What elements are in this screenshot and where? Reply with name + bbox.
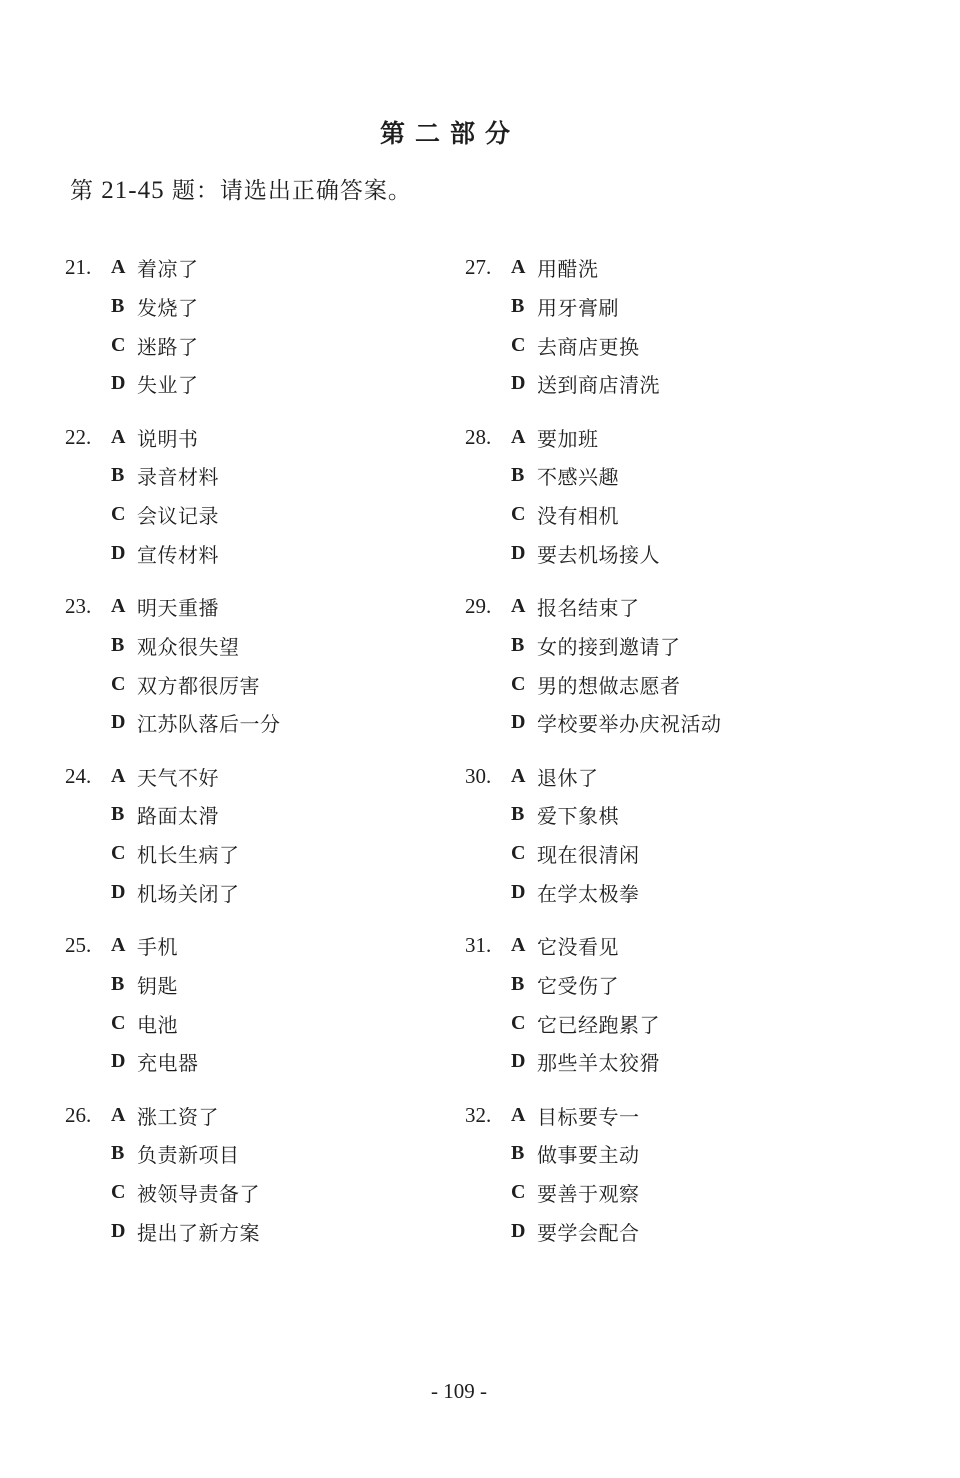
option-a[interactable]: A用醋洗 xyxy=(465,253,722,292)
option-letter: A xyxy=(111,595,137,618)
option-d[interactable]: D宣传材料 xyxy=(65,539,281,578)
option-letter: B xyxy=(111,295,137,318)
option-letter: B xyxy=(511,295,537,318)
option-b[interactable]: B录音材料 xyxy=(65,461,281,500)
option-d[interactable]: D在学太极拳 xyxy=(465,878,722,917)
option-text: 没有相机 xyxy=(537,504,619,528)
instruction: 第 21-45 题：请选出正确答案。 xyxy=(70,172,412,205)
option-letter: A xyxy=(511,934,537,957)
option-c[interactable]: C电池 xyxy=(65,1009,281,1048)
option-text: 说明书 xyxy=(137,427,199,451)
instruction-prefix: 第 xyxy=(70,178,94,204)
option-letter: B xyxy=(511,464,537,487)
option-b[interactable]: B做事要主动 xyxy=(465,1139,722,1178)
option-text: 机长生病了 xyxy=(137,843,240,867)
option-letter: B xyxy=(511,634,537,657)
option-text: 做事要主动 xyxy=(537,1143,640,1167)
option-c[interactable]: C被领导责备了 xyxy=(65,1178,281,1217)
option-text: 手机 xyxy=(137,935,178,959)
option-b[interactable]: B女的接到邀请了 xyxy=(465,631,722,670)
option-b[interactable]: B钥匙 xyxy=(65,970,281,1009)
option-letter: A xyxy=(511,256,537,279)
option-text: 录音材料 xyxy=(137,465,219,489)
option-c[interactable]: C会议记录 xyxy=(65,500,281,539)
option-text: 电池 xyxy=(137,1013,178,1037)
option-text: 提出了新方案 xyxy=(137,1221,260,1245)
option-text: 不感兴趣 xyxy=(537,465,619,489)
option-c[interactable]: C双方都很厉害 xyxy=(65,670,281,709)
option-c[interactable]: C男的想做志愿者 xyxy=(465,670,722,709)
option-text: 学校要举办庆祝活动 xyxy=(537,712,722,736)
option-d[interactable]: D要去机场接人 xyxy=(465,539,722,578)
option-text: 充电器 xyxy=(137,1051,199,1075)
option-text: 被领导责备了 xyxy=(137,1182,260,1206)
option-text: 用牙膏刷 xyxy=(537,296,619,320)
option-letter: D xyxy=(511,1220,537,1243)
option-letter: B xyxy=(111,803,137,826)
option-d[interactable]: D提出了新方案 xyxy=(65,1217,281,1256)
option-d[interactable]: D失业了 xyxy=(65,369,281,408)
instruction-range: 21-45 xyxy=(94,177,172,204)
option-text: 要善于观察 xyxy=(537,1182,640,1206)
option-a[interactable]: A手机 xyxy=(65,931,281,970)
option-text: 目标要专一 xyxy=(537,1105,640,1129)
option-d[interactable]: D充电器 xyxy=(65,1047,281,1086)
option-letter: C xyxy=(111,503,137,526)
question-21: 21. A着凉了 B发烧了 C迷路了 D失业了 xyxy=(65,253,281,423)
option-letter: C xyxy=(111,1181,137,1204)
option-text: 女的接到邀请了 xyxy=(537,635,681,659)
option-b[interactable]: B负责新项目 xyxy=(65,1139,281,1178)
option-letter: B xyxy=(111,973,137,996)
option-a[interactable]: A报名结束了 xyxy=(465,592,722,631)
option-b[interactable]: B发烧了 xyxy=(65,292,281,331)
question-31: 31. A它没看见 B它受伤了 C它已经跑累了 D那些羊太狡猾 xyxy=(465,931,722,1101)
option-text: 机场关闭了 xyxy=(137,882,240,906)
option-letter: B xyxy=(511,1142,537,1165)
option-letter: B xyxy=(111,634,137,657)
option-letter: A xyxy=(111,765,137,788)
option-letter: B xyxy=(511,973,537,996)
option-text: 会议记录 xyxy=(137,504,219,528)
option-text: 天气不好 xyxy=(137,766,219,790)
option-c[interactable]: C去商店更换 xyxy=(465,331,722,370)
option-text: 宣传材料 xyxy=(137,543,219,567)
option-text: 用醋洗 xyxy=(537,257,599,281)
option-a[interactable]: A目标要专一 xyxy=(465,1101,722,1140)
option-letter: C xyxy=(111,673,137,696)
option-a[interactable]: A涨工资了 xyxy=(65,1101,281,1140)
option-letter: D xyxy=(111,372,137,395)
option-text: 负责新项目 xyxy=(137,1143,240,1167)
option-text: 爱下象棋 xyxy=(537,804,619,828)
option-d[interactable]: D机场关闭了 xyxy=(65,878,281,917)
option-letter: D xyxy=(111,881,137,904)
option-text: 送到商店清洗 xyxy=(537,373,660,397)
option-letter: A xyxy=(111,934,137,957)
option-text: 双方都很厉害 xyxy=(137,674,260,698)
option-text: 失业了 xyxy=(137,373,199,397)
option-a[interactable]: A天气不好 xyxy=(65,762,281,801)
option-b[interactable]: B观众很失望 xyxy=(65,631,281,670)
option-letter: A xyxy=(111,256,137,279)
option-a[interactable]: A退休了 xyxy=(465,762,722,801)
option-text: 着凉了 xyxy=(137,257,199,281)
option-b[interactable]: B用牙膏刷 xyxy=(465,292,722,331)
option-text: 钥匙 xyxy=(137,974,178,998)
option-letter: A xyxy=(111,1104,137,1127)
questions-right-column: 27. A用醋洗 B用牙膏刷 C去商店更换 D送到商店清洗 28. A要加班 B… xyxy=(465,253,722,1270)
option-a[interactable]: A说明书 xyxy=(65,423,281,462)
option-d[interactable]: D那些羊太狡猾 xyxy=(465,1047,722,1086)
option-letter: B xyxy=(511,803,537,826)
option-c[interactable]: C要善于观察 xyxy=(465,1178,722,1217)
option-text: 它受伤了 xyxy=(537,974,619,998)
option-letter: C xyxy=(511,842,537,865)
option-d[interactable]: D学校要举办庆祝活动 xyxy=(465,708,722,747)
option-letter: D xyxy=(511,542,537,565)
option-a[interactable]: A要加班 xyxy=(465,423,722,462)
option-c[interactable]: C现在很清闲 xyxy=(465,839,722,878)
question-24: 24. A天气不好 B路面太滑 C机长生病了 D机场关闭了 xyxy=(65,762,281,932)
question-22: 22. A说明书 B录音材料 C会议记录 D宣传材料 xyxy=(65,423,281,593)
option-c[interactable]: C它已经跑累了 xyxy=(465,1009,722,1048)
option-d[interactable]: D送到商店清洗 xyxy=(465,369,722,408)
question-28: 28. A要加班 B不感兴趣 C没有相机 D要去机场接人 xyxy=(465,423,722,593)
option-letter: C xyxy=(111,842,137,865)
option-b[interactable]: B不感兴趣 xyxy=(465,461,722,500)
option-text: 要加班 xyxy=(537,427,599,451)
option-letter: C xyxy=(511,503,537,526)
option-letter: D xyxy=(111,542,137,565)
option-text: 观众很失望 xyxy=(137,635,240,659)
page-number: - 109 - xyxy=(0,1379,918,1404)
option-text: 迷路了 xyxy=(137,335,199,359)
option-letter: D xyxy=(511,372,537,395)
option-d[interactable]: D江苏队落后一分 xyxy=(65,708,281,747)
option-text: 那些羊太狡猾 xyxy=(537,1051,660,1075)
option-text: 江苏队落后一分 xyxy=(137,712,281,736)
question-25: 25. A手机 B钥匙 C电池 D充电器 xyxy=(65,931,281,1101)
option-text: 退休了 xyxy=(537,766,599,790)
option-letter: C xyxy=(111,1012,137,1035)
option-text: 现在很清闲 xyxy=(537,843,640,867)
option-letter: D xyxy=(111,1050,137,1073)
option-d[interactable]: D要学会配合 xyxy=(465,1217,722,1256)
option-letter: C xyxy=(511,673,537,696)
option-text: 发烧了 xyxy=(137,296,199,320)
option-text: 要学会配合 xyxy=(537,1221,640,1245)
instruction-suffix: 题：请选出正确答案。 xyxy=(172,178,412,204)
option-letter: C xyxy=(111,334,137,357)
option-letter: D xyxy=(511,711,537,734)
option-letter: C xyxy=(511,1181,537,1204)
option-text: 男的想做志愿者 xyxy=(537,674,681,698)
question-29: 29. A报名结束了 B女的接到邀请了 C男的想做志愿者 D学校要举办庆祝活动 xyxy=(465,592,722,762)
question-23: 23. A明天重播 B观众很失望 C双方都很厉害 D江苏队落后一分 xyxy=(65,592,281,762)
option-letter: C xyxy=(511,334,537,357)
option-letter: A xyxy=(511,426,537,449)
option-text: 要去机场接人 xyxy=(537,543,660,567)
option-b[interactable]: B它受伤了 xyxy=(465,970,722,1009)
option-letter: D xyxy=(111,711,137,734)
option-letter: D xyxy=(511,881,537,904)
questions-left-column: 21. A着凉了 B发烧了 C迷路了 D失业了 22. A说明书 B录音材料 C… xyxy=(65,253,281,1270)
part-title: 第二部分 xyxy=(0,114,900,150)
question-32: 32. A目标要专一 B做事要主动 C要善于观察 D要学会配合 xyxy=(465,1101,722,1271)
option-letter: A xyxy=(511,1104,537,1127)
option-letter: A xyxy=(511,765,537,788)
option-text: 明天重播 xyxy=(137,596,219,620)
option-c[interactable]: C没有相机 xyxy=(465,500,722,539)
option-text: 涨工资了 xyxy=(137,1105,219,1129)
question-26: 26. A涨工资了 B负责新项目 C被领导责备了 D提出了新方案 xyxy=(65,1101,281,1271)
option-c[interactable]: C迷路了 xyxy=(65,331,281,370)
option-letter: A xyxy=(511,595,537,618)
option-text: 它已经跑累了 xyxy=(537,1013,660,1037)
option-b[interactable]: B爱下象棋 xyxy=(465,800,722,839)
option-c[interactable]: C机长生病了 xyxy=(65,839,281,878)
question-27: 27. A用醋洗 B用牙膏刷 C去商店更换 D送到商店清洗 xyxy=(465,253,722,423)
option-text: 去商店更换 xyxy=(537,335,640,359)
option-letter: D xyxy=(111,1220,137,1243)
question-30: 30. A退休了 B爱下象棋 C现在很清闲 D在学太极拳 xyxy=(465,762,722,932)
option-letter: A xyxy=(111,426,137,449)
option-letter: B xyxy=(111,464,137,487)
option-a[interactable]: A明天重播 xyxy=(65,592,281,631)
option-a[interactable]: A着凉了 xyxy=(65,253,281,292)
option-text: 路面太滑 xyxy=(137,804,219,828)
option-letter: D xyxy=(511,1050,537,1073)
option-letter: B xyxy=(111,1142,137,1165)
option-text: 在学太极拳 xyxy=(537,882,640,906)
option-b[interactable]: B路面太滑 xyxy=(65,800,281,839)
option-text: 报名结束了 xyxy=(537,596,640,620)
option-letter: C xyxy=(511,1012,537,1035)
option-text: 它没看见 xyxy=(537,935,619,959)
option-a[interactable]: A它没看见 xyxy=(465,931,722,970)
